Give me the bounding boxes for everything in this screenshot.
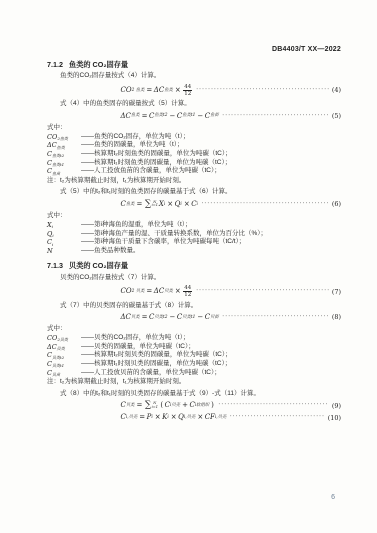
summation-limits: Ni=1 [152, 201, 158, 208]
operator: = [145, 287, 154, 296]
operator: × [182, 200, 191, 209]
variable: ΔC [154, 86, 164, 95]
formula-leader-dots: ········································… [196, 288, 329, 295]
heading-number: 7.1.3 [47, 261, 63, 270]
summation-lower: i=1 [152, 204, 158, 208]
variable: ΔC [121, 112, 131, 121]
formula: ΔC贝类=C贝类t2−C贝类t1−C贝苗····················… [47, 313, 341, 322]
definition-description: ——核算期t₂时刻鱼类的固碳量，单位为吨碳（tC）； [81, 150, 341, 159]
definition-description: ——鱼类品种数量。 [81, 247, 341, 255]
summation-lower: i=1 [152, 406, 158, 410]
paragraph: 贝类的CO₂固存量按式（7）计算。 [47, 274, 341, 282]
definition-symbol: CO2贝类 [47, 334, 81, 343]
definition-item: Ci——第i种海鱼干质量下含碳率，单位为吨碳每吨（tC/t）； [47, 238, 341, 247]
formula-expression: ΔC鱼类=C鱼类t2−C鱼类t1−C鱼苗 [121, 112, 220, 121]
paragraph: 鱼类的CO₂固存量按式（4）计算。 [47, 72, 341, 80]
formula-leader-dots: ········································… [230, 414, 325, 421]
fraction-numerator: 44 [183, 84, 192, 91]
formula-expression: CO2 鱼类=ΔC鱼类×4412 [121, 84, 194, 98]
definition-item: C鱼类t2——核算期t₂时刻鱼类的固碳量，单位为吨碳（tC）； [47, 150, 341, 159]
page-number: 6 [331, 494, 335, 501]
paragraph: 式（4）中的鱼类固存的碳量按式（5）计算。 [47, 100, 341, 108]
definition-description: ——人工投放鱼苗的含碳量，单位为吨碳（tC）； [81, 167, 341, 176]
definition-description: ——第i种海鱼的湿重，单位为吨（t）； [81, 221, 341, 230]
formula-leader-dots: ········································… [201, 201, 328, 208]
definition-symbol: C贝类t2 [47, 351, 81, 360]
definition-description: ——第i种海鱼产量的湿、干质量转换系数，单位为百分比（%）； [81, 230, 341, 239]
variable: CF [205, 413, 215, 422]
operator: = [138, 413, 147, 422]
fraction-denominator: 12 [184, 91, 191, 97]
subscript: 鱼类 [164, 88, 173, 94]
definition-symbol: Ci [47, 238, 81, 247]
definition-description: ——鱼类的固碳量，单位为吨（t）； [81, 141, 341, 150]
formula-number: (9) [332, 402, 341, 410]
definition-symbol: CO2鱼类 [47, 133, 81, 142]
summation-limits: Ni=1 [152, 402, 158, 409]
document-header: DB4403/T XX—2022 [272, 46, 341, 53]
formula-expression: C鱼类=∑Ni=1Xi×Qi×Ci [121, 200, 199, 209]
subscript: 鱼苗 [210, 113, 219, 119]
operator: = [135, 401, 144, 410]
definition-description: ——核算期t₁时刻贝类的固碳量，单位为吨碳（tC）； [81, 360, 341, 369]
definition-item: C贝类t2——核算期t₂时刻贝类的固碳量，单位为吨碳（tC）； [47, 351, 341, 360]
definition-item: ΔC鱼类——鱼类的固碳量，单位为吨（t）； [47, 141, 341, 150]
formula: Ci,贝壳=Pi×Ki×Qi,贝壳×CFi,贝壳················… [47, 413, 341, 422]
subscript: i,贝壳 [126, 415, 137, 421]
where-list: 式中：Xi——第i种海鱼的湿重，单位为吨（t）；Qi——第i种海鱼产量的湿、干质… [47, 212, 341, 255]
formula-expression: C贝类=∑Ni=1(Ci贝壳+Ci软组织) [121, 401, 216, 410]
definition-item: Xi——第i种海鱼的湿重，单位为吨（t）； [47, 221, 341, 230]
fraction-denominator: 12 [184, 292, 191, 298]
document-page: DB4403/T XX—2022 7.1.2鱼类的 CO₂固存量鱼类的CO₂固存… [0, 0, 377, 533]
definition-item: Qi——第i种海鱼产量的湿、干质量转换系数，单位为百分比（%）； [47, 230, 341, 239]
operator: × [173, 287, 182, 296]
subscript: 鱼类 [131, 113, 140, 119]
note-text: 注：t₂为核算期截止时刻，t₁为核算期开始时刻。 [47, 378, 341, 386]
subscript: i贝壳 [170, 403, 180, 409]
operator: − [196, 313, 205, 322]
definition-description: ——人工投放贝苗的含碳量，单位为吨碳（tC）； [81, 369, 341, 378]
subscript: 贝类t2 [154, 315, 167, 321]
subscript: i软组织 [195, 403, 209, 409]
operator: − [168, 313, 177, 322]
definition-symbol: C贝类t1 [47, 360, 81, 369]
fraction: 4412 [183, 285, 192, 299]
section-heading: 7.1.3贝类的 CO₂固存量 [47, 261, 341, 270]
variable: ΔC [154, 287, 164, 296]
subscript: 贝苗 [210, 315, 219, 321]
operator: + [181, 401, 190, 410]
where-label: 式中： [47, 325, 341, 333]
definition-symbol: C鱼类t2 [47, 150, 81, 159]
definition-description: ——第i种海鱼干质量下含碳率，单位为吨碳每吨（tC/t）； [81, 238, 341, 247]
paragraph: 式（7）中的贝类固存的碳量基于式（8）计算。 [47, 302, 341, 310]
document-content: 7.1.2鱼类的 CO₂固存量鱼类的CO₂固存量按式（4）计算。CO2 鱼类=Δ… [47, 60, 341, 425]
definition-description: ——核算期t₂时刻贝类的固碳量，单位为吨碳（tC）； [81, 351, 341, 360]
definition-symbol: N [47, 247, 81, 255]
definition-symbol-subscript: 鱼苗 [52, 171, 60, 176]
formula-leader-dots: ········································… [196, 87, 329, 94]
operator: × [169, 413, 178, 422]
fraction: 4412 [183, 84, 192, 98]
section-heading: 7.1.2鱼类的 CO₂固存量 [47, 60, 341, 69]
operator: = [135, 200, 144, 209]
definition-description: ——贝类的CO₂固存，单位为吨（t）； [81, 334, 341, 343]
subscript: 鱼类 [126, 202, 135, 208]
operator: × [153, 413, 162, 422]
operator: − [168, 112, 177, 121]
variable: CO [121, 287, 132, 296]
definition-symbol: C鱼苗 [47, 167, 81, 176]
definition-item: C鱼苗——人工投放鱼苗的含碳量，单位为吨碳（tC）； [47, 167, 341, 176]
formula-number: (8) [332, 313, 341, 321]
variable: ΔC [121, 313, 131, 322]
subscript: 贝类 [131, 315, 140, 321]
summation-symbol: ∑Ni=1 [145, 401, 158, 410]
where-list: 式中：CO2鱼类——鱼类的CO₂固存，单位为吨（t）；ΔC鱼类——鱼类的固碳量，… [47, 124, 341, 176]
paragraph: 式（5）中的t₂和t₁时刻的鱼类固存的碳量基于式（6）计算。 [47, 188, 341, 196]
formula-number: (10) [328, 414, 341, 422]
formula-leader-dots: ········································… [222, 314, 329, 321]
definition-symbol: C贝苗 [47, 369, 81, 378]
formula-number: (5) [332, 112, 341, 120]
subscript: i,贝壳 [215, 415, 226, 421]
operator: × [173, 86, 182, 95]
operator: = [145, 86, 154, 95]
subscript: 贝类 [126, 403, 135, 409]
heading-text: 鱼类的 CO₂固存量 [69, 60, 128, 69]
definition-symbol: Xi [47, 221, 81, 230]
subscript: 2 鱼类 [132, 88, 145, 94]
definition-symbol: Qi [47, 230, 81, 239]
definition-item: N——鱼类品种数量。 [47, 247, 341, 255]
operator: = [140, 313, 149, 322]
subscript: 鱼类t1 [182, 113, 195, 119]
formula-number: (7) [332, 288, 341, 296]
subscript: 贝类 [164, 289, 173, 295]
formula-expression: Ci,贝壳=Pi×Ki×Qi,贝壳×CFi,贝壳 [121, 413, 227, 422]
definition-symbol-main: N [47, 247, 53, 255]
formula-number: (6) [332, 200, 341, 208]
where-label: 式中： [47, 212, 341, 220]
note-text: 注：t₂为核算期截止时刻，t₁为核算期开始时刻。 [47, 177, 341, 185]
definition-symbol: ΔC贝类 [47, 343, 81, 352]
definition-symbol-main: CO [47, 133, 57, 141]
subscript: 2 贝类 [132, 289, 145, 295]
operator: ) [210, 401, 216, 410]
definition-symbol-subscript: 贝苗 [52, 372, 60, 377]
fraction-numerator: 44 [183, 285, 192, 292]
definition-symbol-main: X [47, 221, 52, 229]
definition-symbol: C鱼类t1 [47, 159, 81, 168]
operator: = [140, 112, 149, 121]
definition-symbol-main: ΔC [47, 141, 57, 149]
summation-symbol: ∑Ni=1 [145, 200, 158, 209]
formula-expression: CO2 贝类=ΔC贝类×4412 [121, 285, 194, 299]
where-label: 式中： [47, 124, 341, 132]
formula: CO2 鱼类=ΔC鱼类×4412························… [47, 84, 341, 98]
operator: − [196, 112, 205, 121]
definition-symbol-main: ΔC [47, 343, 57, 351]
formula-leader-dots: ········································… [218, 402, 328, 409]
formula-expression: ΔC贝类=C贝类t2−C贝类t1−C贝苗 [121, 313, 220, 322]
standard-number: DB4403/T XX—2022 [272, 46, 341, 53]
variable: CO [121, 86, 132, 95]
definition-symbol: ΔC鱼类 [47, 141, 81, 150]
formula-number: (4) [332, 86, 341, 94]
operator: × [196, 413, 205, 422]
sigma-glyph: ∑ [145, 200, 151, 209]
definition-item: C贝苗——人工投放贝苗的含碳量，单位为吨碳（tC）； [47, 369, 341, 378]
sigma-glyph: ∑ [145, 401, 151, 410]
formula: C鱼类=∑Ni=1Xi×Qi×Ci·······················… [47, 200, 341, 209]
subscript: 贝类t1 [182, 315, 195, 321]
heading-number: 7.1.2 [47, 60, 63, 69]
subscript: i [197, 202, 198, 208]
subscript: i,贝壳 [184, 415, 195, 421]
where-list: 式中：CO2贝类——贝类的CO₂固存，单位为吨（t）；ΔC贝类——贝类的固碳量，… [47, 325, 341, 377]
formula: CO2 贝类=ΔC贝类×4412························… [47, 285, 341, 299]
heading-text: 贝类的 CO₂固存量 [69, 261, 128, 270]
formula-leader-dots: ········································… [222, 113, 329, 120]
definition-item: C贝类t1——核算期t₁时刻贝类的固碳量，单位为吨碳（tC）； [47, 360, 341, 369]
formula: ΔC鱼类=C鱼类t2−C鱼类t1−C鱼苗····················… [47, 112, 341, 121]
definition-item: CO2贝类——贝类的CO₂固存，单位为吨（t）； [47, 334, 341, 343]
formula: C贝类=∑Ni=1(Ci贝壳+Ci软组织)···················… [47, 401, 341, 410]
subscript: 鱼类t2 [154, 113, 167, 119]
operator: × [166, 200, 175, 209]
paragraph: 式（8）中的t₂和t₁时刻的贝类固存的碳量基于式（9）-式（11）计算。 [47, 390, 341, 398]
definition-symbol-main: CO [47, 334, 57, 342]
